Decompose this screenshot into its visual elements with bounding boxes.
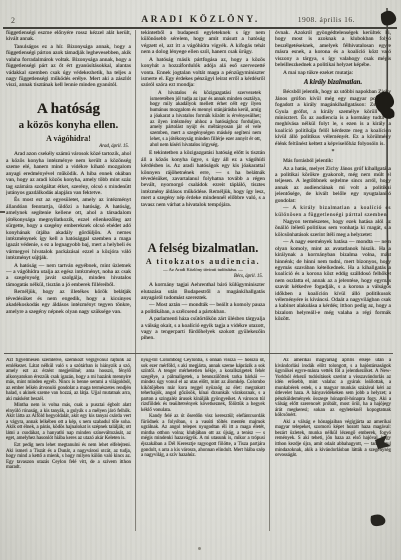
feuilleton-paragraph: nyug-től Colombóig Ceylonba, s onnan vis… bbox=[141, 358, 265, 413]
body-paragraph: E tekintetben a közigazgatási hatóság el… bbox=[141, 150, 265, 208]
body-paragraph: tekintetből a budapesti egyleteknek s íg… bbox=[141, 30, 265, 56]
column-divider-2 bbox=[269, 30, 270, 531]
section-star-separator: * bbox=[275, 149, 391, 156]
header-date: 1908. április 16. bbox=[298, 15, 355, 24]
emphasized-statement: — A király bizalmatlan a koalíció és kül… bbox=[275, 205, 391, 218]
body-paragraph: Az a hatás, melyet Zichy János gróf kiha… bbox=[275, 166, 391, 205]
body-paragraph: Reméljük, hogy az illetékes körök belátj… bbox=[6, 289, 131, 315]
article2-dateline: Bécs, ápril. 15. bbox=[141, 274, 263, 280]
body-paragraph: A parlamenti háza csütörtökön zárt ülésb… bbox=[141, 316, 265, 342]
column-3: óvnak. Azokról gyöngédtelenségek kerülte… bbox=[275, 30, 391, 352]
column-divider-1 bbox=[135, 30, 136, 531]
source-line: Más forrásból jelentik: bbox=[275, 158, 391, 164]
body-paragraph: A hatóság — nem tartván egyébnek, mint ü… bbox=[6, 263, 131, 289]
body-paragraph: A hatóság másik pártfogása az, hogy a kö… bbox=[141, 57, 265, 89]
lead-in-line: A mai nap tükre ezeket mutatja: bbox=[275, 70, 391, 76]
body-paragraph: Arad azon csekély számú városok közé tar… bbox=[6, 151, 131, 196]
feuilleton-paragraph: Azt figyelmesen szemlélve, szemközt végi… bbox=[6, 358, 131, 402]
feuilleton-paragraph: Az amerikai magyarság április elseje utá… bbox=[275, 358, 391, 419]
body-paragraph: óvnak. Azokról gyöngédtelenségek kerülte… bbox=[275, 30, 391, 69]
feuilleton-column-3: Az amerikai magyarság április elseje utá… bbox=[275, 358, 391, 531]
body-paragraph: És most ezt az egyesületet, amely az int… bbox=[6, 197, 131, 261]
fold-dot bbox=[198, 547, 201, 550]
body-paragraph: — Most aztán — mondták — beállt a komoly… bbox=[141, 302, 265, 315]
crosshead-kiraly-bizalmatlan: A király bizalmatlan. bbox=[275, 79, 391, 87]
quoted-decree-block: A hivatalos és közigazgatási szervezetek… bbox=[150, 91, 261, 149]
body-paragraph: Nagyon természetes, hogy ezek hatása aló… bbox=[275, 219, 391, 238]
article1-dateline: Arad, ápril. 15. bbox=[6, 144, 129, 150]
body-paragraph: A kormány tagjai Aehrenthal báró külügym… bbox=[141, 282, 265, 301]
column-1: függetlenségi eszme előnyére rossz kézze… bbox=[6, 30, 131, 352]
article1-headline-line1: A hatóság bbox=[6, 102, 131, 118]
column-2-continuation: tekintetből a budapesti egyleteknek s íg… bbox=[141, 30, 265, 236]
column-1-continuation: függetlenségi eszme előnyére rossz kézze… bbox=[6, 30, 131, 96]
feuilleton-paragraph: Kandy felé az út őserdőn visz keresztül;… bbox=[141, 414, 265, 458]
body-paragraph: Tanulságos ez a hír. Bizonysága annak, h… bbox=[6, 44, 131, 89]
article2-credit-line: — Az Aradi Közlöny távirati tudósítása. … bbox=[141, 267, 265, 272]
article2-headline: A felség bizalmatlan. bbox=[141, 242, 265, 255]
section-divider-rule bbox=[4, 353, 393, 354]
feuilleton-column-2: nyug-től Colombóig Ceylonba, s onnan vis… bbox=[141, 358, 265, 531]
article1-subhead: A vágóhidra! bbox=[6, 134, 131, 143]
left-margin-mark bbox=[0, 211, 5, 213]
article2-subhead: A titokzatos audiencia. bbox=[141, 257, 265, 266]
newspaper-page: 2 ARADI KÖZLÖNY. 1908. április 16. függe… bbox=[0, 0, 401, 560]
feuilleton-paragraph: Ezt pedig nem lehet megtanulni és nem le… bbox=[6, 443, 131, 471]
column-2: tekintetből a budapesti egyleteknek s íg… bbox=[141, 30, 265, 352]
body-paragraph: — A nagy események hatása — mondta — nem… bbox=[275, 239, 391, 322]
body-paragraph: Bécsből jelentik, hogy az utóbbi napokba… bbox=[275, 89, 391, 147]
column-3-continuation: óvnak. Azokról gyöngédtelenségek kerülte… bbox=[275, 30, 391, 70]
body-paragraph: függetlenségi eszme előnyére rossz kézze… bbox=[6, 30, 131, 43]
header-rule bbox=[3, 27, 397, 29]
feuilleton-paragraph: Aki a válság e hónapjaiban végigjárta az… bbox=[275, 420, 391, 459]
feuilleton-column-1: Azt figyelmesen szemlélve, szemközt végi… bbox=[6, 358, 131, 531]
article1-headline-line2: a közös konyha ellen. bbox=[6, 119, 131, 131]
feuilleton-paragraph: Mintha nem is volna más, csak a pusztai … bbox=[6, 403, 131, 442]
